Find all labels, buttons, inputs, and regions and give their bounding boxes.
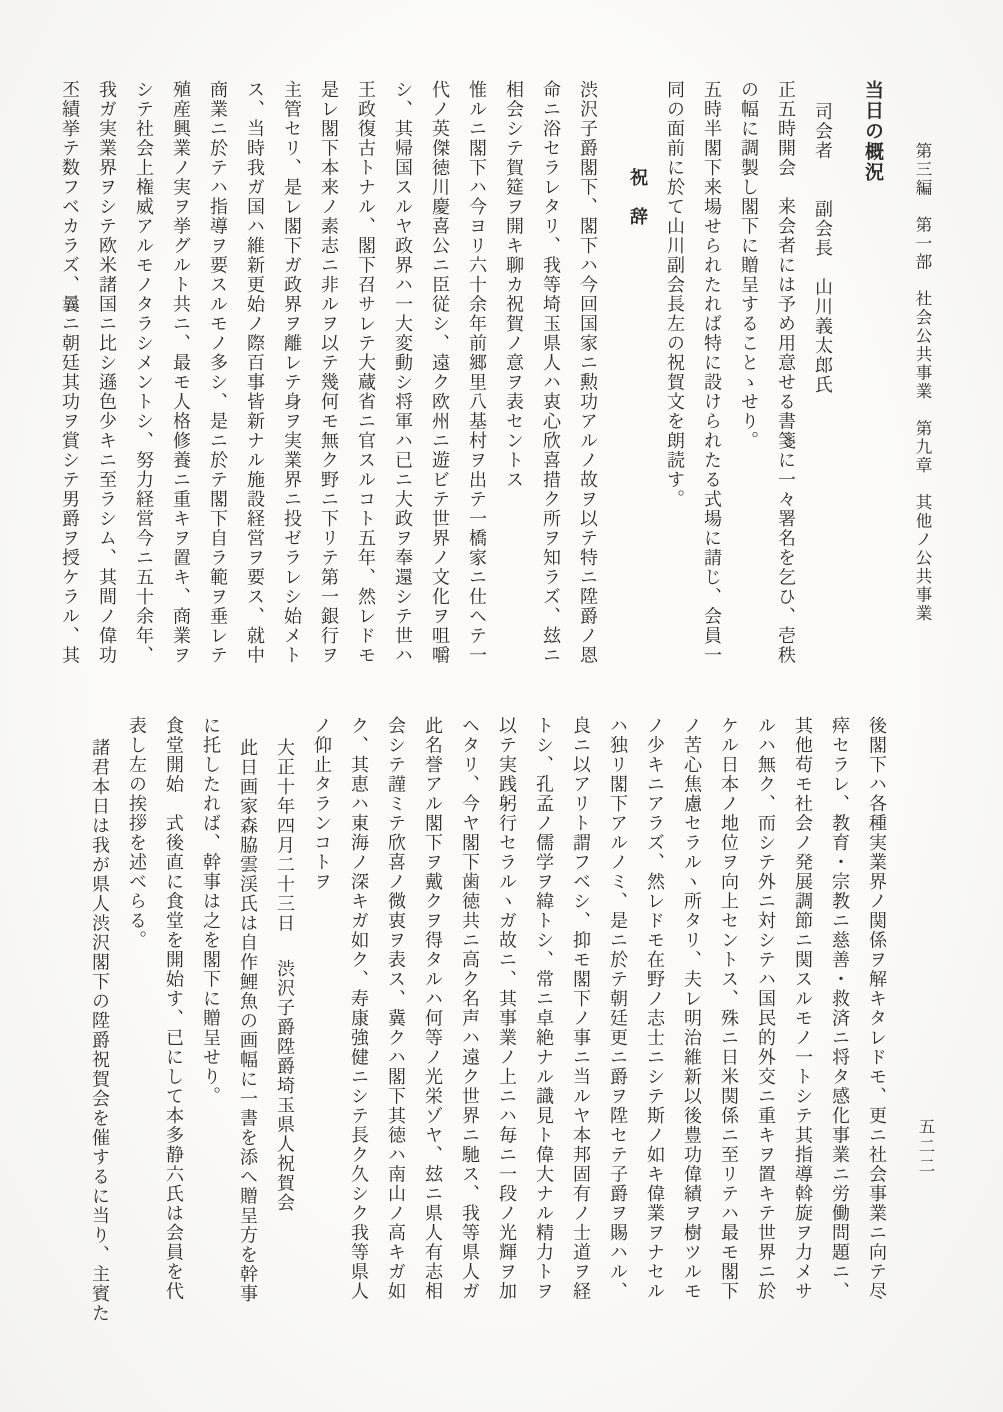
text-column: 正五時開会 来会者には予め用意せる書箋に一々署名を乞ひ、壱秩 xyxy=(767,80,804,672)
text-column: 瘁セラレ、教育・宗教ニ慈善・救済ニ将タ感化事業ニ労働問題ニ、 xyxy=(821,716,858,1308)
running-head: 第三編 第一部 社会公共事業 第九章 其他ノ公共事業 xyxy=(904,80,941,672)
text-column: 此名誉アル閣下ヲ戴クヲ得タルハ何等ノ光栄ゾヤ、玆ニ県人有志相 xyxy=(414,716,451,1308)
text-column: 代ノ英傑徳川慶喜公ニ臣従シ、遠ク欧州ニ遊ビテ世界ノ文化ヲ咀嚼 xyxy=(421,80,458,672)
text-column: シ、其帰国スルヤ政界ハ一大変動シ将軍ハ已ニ大政ヲ奉還シテ世ハ xyxy=(384,80,421,672)
text-column: 王政復古トナル、閣下召サレテ大蔵省ニ官スルコト五年、然レドモ xyxy=(347,80,384,672)
text-column: 丕績挙テ数フベカラズ、曩ニ朝廷其功ヲ賞シテ男爵ヲ授ケラル、其 xyxy=(51,80,88,672)
text-column: 命ニ浴セラレタリ、我等埼玉県人ハ衷心欣喜措ク所ヲ知ラズ、玆ニ xyxy=(532,80,569,672)
text-column: 商業ニ於テハ指導ヲ要スルモノ多シ、是ニ於テ閣下自ラ範ヲ垂レテ xyxy=(199,80,236,672)
text-column: 表し左の挨拶を述べらる。 xyxy=(118,716,155,1308)
text-column: トシ、孔孟ノ儒学ヲ緯トシ、常ニ卓絶ナル識見ト偉大ナル精力トヲ xyxy=(525,716,562,1308)
signature-text: 渋沢子爵陞爵埼玉県人祝賀会 xyxy=(275,959,295,1213)
text-column: シテ社会上権威アルモノタラシメントシ、努力経営今ニ五十余年、 xyxy=(125,80,162,672)
page-number: 五二二 xyxy=(913,1118,937,1177)
text-column: 主管セリ、是レ閣下ガ政界ヲ離レテ身ヲ実業界ニ投ゼラレシ始メト xyxy=(273,80,310,672)
scanned-book-page: 第三編 第一部 社会公共事業 第九章 其他ノ公共事業 当日の概況 司会者 副会長… xyxy=(0,0,1003,1412)
date-text: 大正十年四月二十三日 xyxy=(275,738,295,933)
text-column: 殖産興業ノ実ヲ挙グルト共ニ、最モ人格修養ニ重キヲ置キ、商業ヲ xyxy=(162,80,199,672)
text-column: 同の面前に於て山川副会長左の祝賀文を朗読す。 xyxy=(656,80,693,672)
text-column: ハ独リ閣下アルノミ、是ニ於テ朝廷更ニ爵ヲ陞セテ子爵ヲ賜ハル、 xyxy=(599,716,636,1308)
date-signature-column: 大正十年四月二十三日渋沢子爵陞爵埼玉県人祝賀会 xyxy=(266,716,303,1308)
text-column: 後閣下ハ各種実業界ノ関係ヲ解キタレドモ、更ニ社会事業ニ向テ尽 xyxy=(858,716,895,1308)
text-column: ノ苦心焦慮セラルヽ所タリ、夫レ明治維新以後豊功偉績ヲ樹ツルモ xyxy=(673,716,710,1308)
text-column: ノ仰止タランコトヲ xyxy=(303,716,340,1308)
text-column: に托したれば、幹事は之を閣下に贈呈せり。 xyxy=(192,716,229,1308)
section-heading-overview: 当日の概況 xyxy=(854,80,891,672)
text-column: 五時半閣下来場せられたれば特に設けられたる式場に請じ、会員一 xyxy=(693,80,730,672)
text-column: 我ガ実業界ヲシテ欧米諸国ニ比シ遜色少キニ至ラシム、其間ノ偉功 xyxy=(88,80,125,672)
section-heading-address: 祝 辞 xyxy=(619,80,656,672)
text-column: 良ニ以アリト謂フベシ、抑モ閣下ノ事ニ当ルヤ本邦固有ノ士道ヲ経 xyxy=(562,716,599,1308)
text-column: 此日画家森脇雲渓氏は自作鯉魚の画幅に一書を添へ贈呈方を幹事 xyxy=(229,716,266,1308)
bottom-text-block: 後閣下ハ各種実業界ノ関係ヲ解キタレドモ、更ニ社会事業ニ向テ尽 瘁セラレ、教育・宗… xyxy=(81,716,895,1308)
text-column: 惟ルニ閣下ハ今ヨリ六十余年前郷里八基村ヲ出テ一橋家ニ仕ヘテ一 xyxy=(458,80,495,672)
text-column: 相会シテ賀筵ヲ開キ聊カ祝賀ノ意ヲ表セントス xyxy=(495,80,532,672)
text-column: ケル日本ノ地位ヲ向上セントス、殊ニ日米関係ニ至リテハ最モ閣下 xyxy=(710,716,747,1308)
text-column: の幅に調製し閣下に贈呈することゝせり。 xyxy=(730,80,767,672)
text-column: 司会者 副会長 山川義太郎氏 xyxy=(804,80,841,672)
text-column: 渋沢子爵閣下、閣下ハ今回国家ニ勲功アルノ故ヲ以テ特ニ陞爵ノ恩 xyxy=(569,80,606,672)
text-column: ス、当時我ガ国ハ維新更始ノ際百事皆新ナル施設経営ヲ要ス、就中 xyxy=(236,80,273,672)
top-text-block: 第三編 第一部 社会公共事業 第九章 其他ノ公共事業 当日の概況 司会者 副会長… xyxy=(51,80,941,672)
text-column: 以テ実践躬行セラルヽガ故ニ、其事業ノ上ニハ毎ニ一段ノ光輝ヲ加 xyxy=(488,716,525,1308)
text-column: ノ少キニアラズ、然レドモ在野ノ志士ニシテ斯ノ如キ偉業ヲナセル xyxy=(636,716,673,1308)
text-column: 会シテ謹ミテ欣喜ノ微衷ヲ表ス、冀クハ閣下其徳ハ南山ノ高キガ如 xyxy=(377,716,414,1308)
text-column: ク、其恵ハ東海ノ深キガ如ク、寿康強健ニシテ長ク久シク我等県人 xyxy=(340,716,377,1308)
text-column: 諸君本日は我が県人渋沢閣下の陞爵祝賀会を催するに当り、主賓た xyxy=(81,716,118,1308)
text-column: ルハ無ク、而シテ外ニ対シテハ国民的外交ニ重キヲ置キテ世界ニ於 xyxy=(747,716,784,1308)
text-column: 食堂開始 式後直に食堂を開始す、已にして本多静六氏は会員を代 xyxy=(155,716,192,1308)
text-column: ヘタリ、今ヤ閣下歯徳共ニ高ク名声ハ遠ク世界ニ馳ス、我等県人ガ xyxy=(451,716,488,1308)
text-column: 其他苟モ社会ノ発展調節ニ関スルモノ一トシテ其指導斡旋ヲ力メサ xyxy=(784,716,821,1308)
text-column: 是レ閣下本来ノ素志ニ非ルヲ以テ幾何モ無ク野ニ下リテ第一銀行ヲ xyxy=(310,80,347,672)
